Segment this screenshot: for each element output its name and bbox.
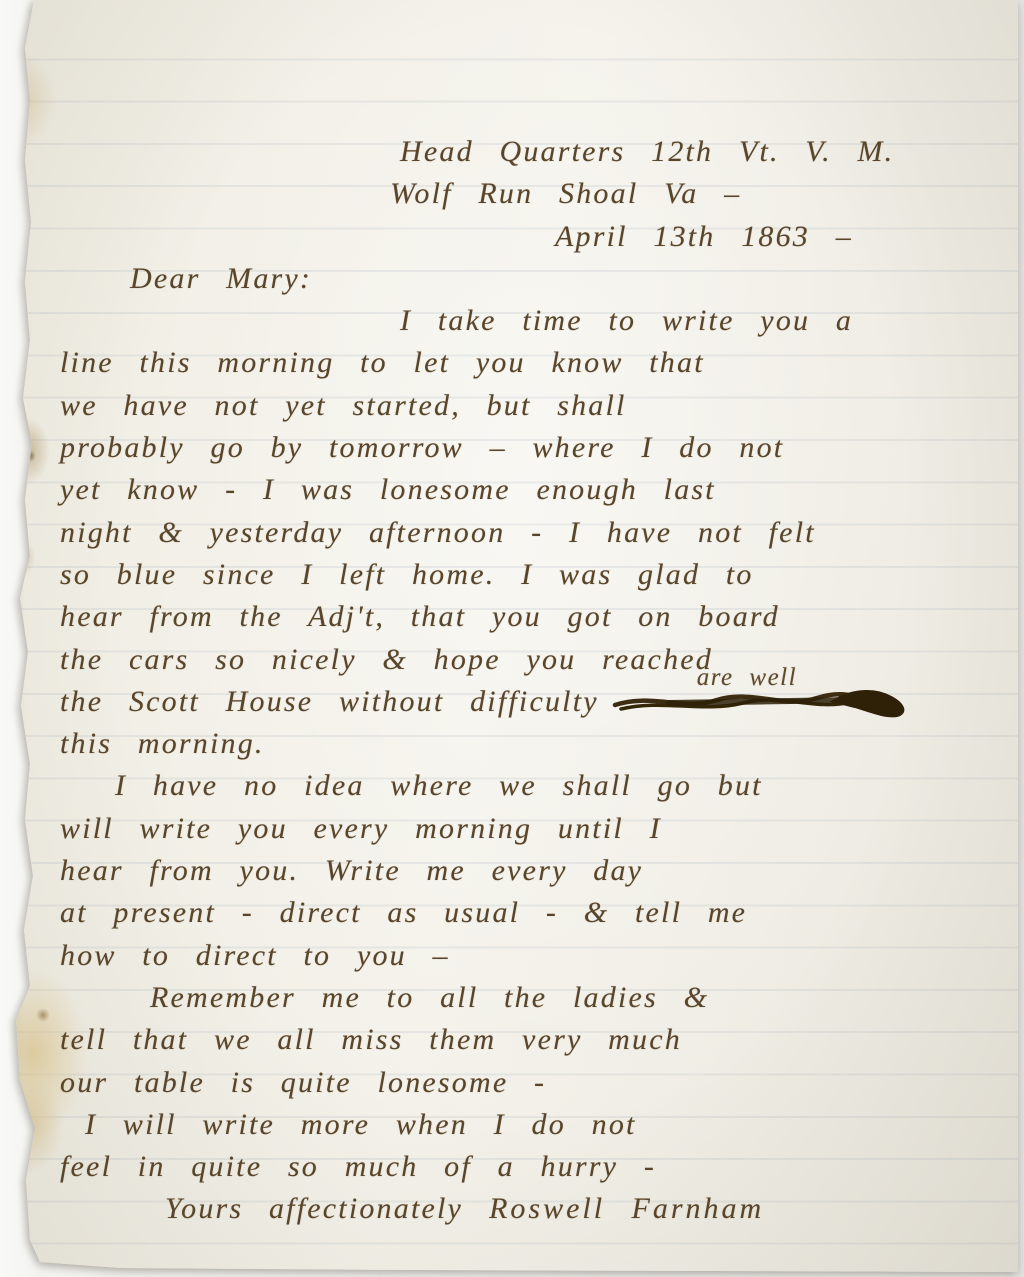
letter-line: yet know - I was lonesome enough last: [60, 469, 1012, 511]
heading-line-2: Wolf Run Shoal Va –: [390, 173, 1012, 215]
letter-line: hear from the Adj't, that you got on boa…: [60, 596, 1012, 638]
closing-text: Yours affectionately: [165, 1192, 463, 1225]
letter-line: how to direct to you –: [60, 935, 1012, 977]
letter-line: hear from you. Write me every day: [60, 850, 1012, 892]
salutation: Dear Mary:: [130, 258, 1012, 300]
struck-out-scribble: are well: [611, 681, 911, 723]
letter-line: probably go by tomorrow – where I do not: [60, 427, 1012, 469]
letter-line: I take time to write you a: [400, 300, 1012, 342]
paper-sheet: Head Quarters 12th Vt. V. M. Wolf Run Sh…: [0, 0, 1024, 1277]
closing-line: Yours affectionatelyRoswell Farnham: [165, 1188, 1012, 1230]
correction-before-text: the Scott House without difficulty: [60, 685, 599, 718]
letter-line: we have not yet started, but shall: [60, 385, 1012, 427]
letter-text: Head Quarters 12th Vt. V. M. Wolf Run Sh…: [22, 0, 1020, 1277]
letter-line: this morning.: [60, 723, 1012, 765]
letter-line: at present - direct as usual - & tell me: [60, 892, 1012, 934]
letter-line: the cars so nicely & hope you reached: [60, 639, 1012, 681]
signature: Roswell Farnham: [489, 1192, 764, 1225]
heading-line-1: Head Quarters 12th Vt. V. M.: [400, 131, 1012, 173]
letter-paper: Head Quarters 12th Vt. V. M. Wolf Run Sh…: [0, 0, 1024, 1277]
letter-line: will write you every morning until I: [60, 808, 1012, 850]
inserted-above-text: are well: [697, 657, 797, 699]
letter-line: line this morning to let you know that: [60, 342, 1012, 384]
letter-line: night & yesterday afternoon - I have not…: [60, 512, 1012, 554]
letter-line: I will write more when I do not: [85, 1104, 1012, 1146]
letter-line: our table is quite lonesome -: [60, 1062, 1012, 1104]
letter-line: I have no idea where we shall go but: [115, 765, 1012, 807]
heading-line-3: April 13th 1863 –: [555, 216, 1012, 258]
letter-line-with-correction: the Scott House without difficulty are w…: [60, 681, 1012, 723]
letter-line: feel in quite so much of a hurry -: [60, 1146, 1012, 1188]
letter-line: so blue since I left home. I was glad to: [60, 554, 1012, 596]
letter-line: Remember me to all the ladies &: [150, 977, 1012, 1019]
letter-line: tell that we all miss them very much: [60, 1019, 1012, 1061]
scan-background: Head Quarters 12th Vt. V. M. Wolf Run Sh…: [0, 0, 1024, 1277]
